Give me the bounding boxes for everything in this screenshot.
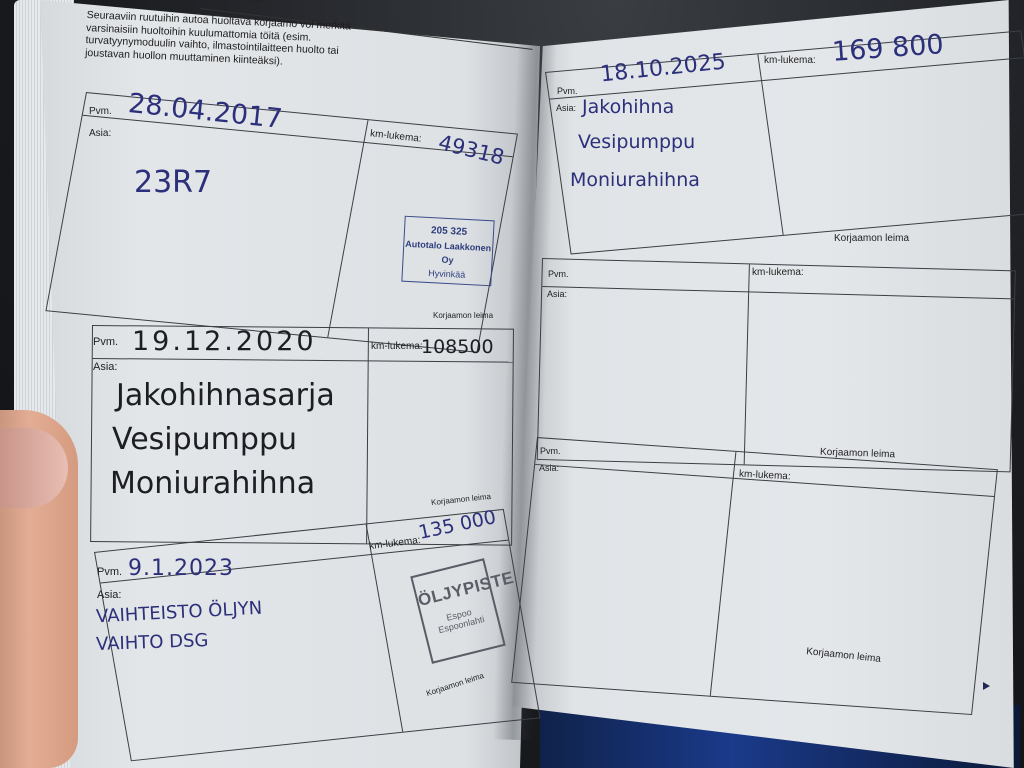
subject-label: Asia: (547, 289, 567, 299)
next-page-arrow-icon (983, 682, 990, 690)
subject-line[interactable]: VAIHTO DSG (96, 630, 209, 655)
subject-label: Asia: (89, 128, 111, 139)
subject-line[interactable]: 23R7 (134, 165, 212, 200)
subject-line[interactable]: Vesipumppu (578, 131, 695, 153)
date-label: Pvm. (93, 336, 118, 348)
subject-label: Asia: (539, 463, 559, 473)
stamp-label: Korjaamon leima (433, 311, 493, 320)
date-label: Pvm. (89, 106, 112, 117)
km-label: km-lukema: (752, 267, 804, 278)
km-value[interactable]: 108500 (421, 336, 494, 358)
subject-line[interactable]: Jakohihna (582, 96, 674, 118)
subject-label: Asia: (97, 589, 121, 601)
subject-line[interactable]: Jakohihnasarja (116, 378, 335, 413)
date-label: Pvm. (540, 446, 561, 456)
subject-line[interactable]: Moniurahihna (570, 169, 700, 191)
workshop-stamp-autotalo: 205 325 Autotalo Laakkonen Oy Hyvinkää (401, 216, 494, 287)
subject-label: Asia: (556, 103, 576, 113)
subject-line[interactable]: Moniurahihna (110, 466, 315, 501)
date-label: Pvm. (97, 566, 122, 578)
date-value[interactable]: 9.1.2023 (128, 556, 234, 581)
date-label: Pvm. (548, 269, 569, 279)
subject-label: Asia: (93, 361, 117, 373)
subject-line[interactable]: Vesipumppu (112, 422, 297, 457)
stamp-label: Korjaamon leima (834, 233, 909, 244)
km-label: km-lukema: (764, 55, 816, 66)
km-label: km-lukema: (371, 341, 423, 352)
date-value[interactable]: 19.12.2020 (132, 326, 317, 357)
service-entry-5 (537, 258, 1016, 472)
date-label: Pvm. (557, 86, 578, 96)
